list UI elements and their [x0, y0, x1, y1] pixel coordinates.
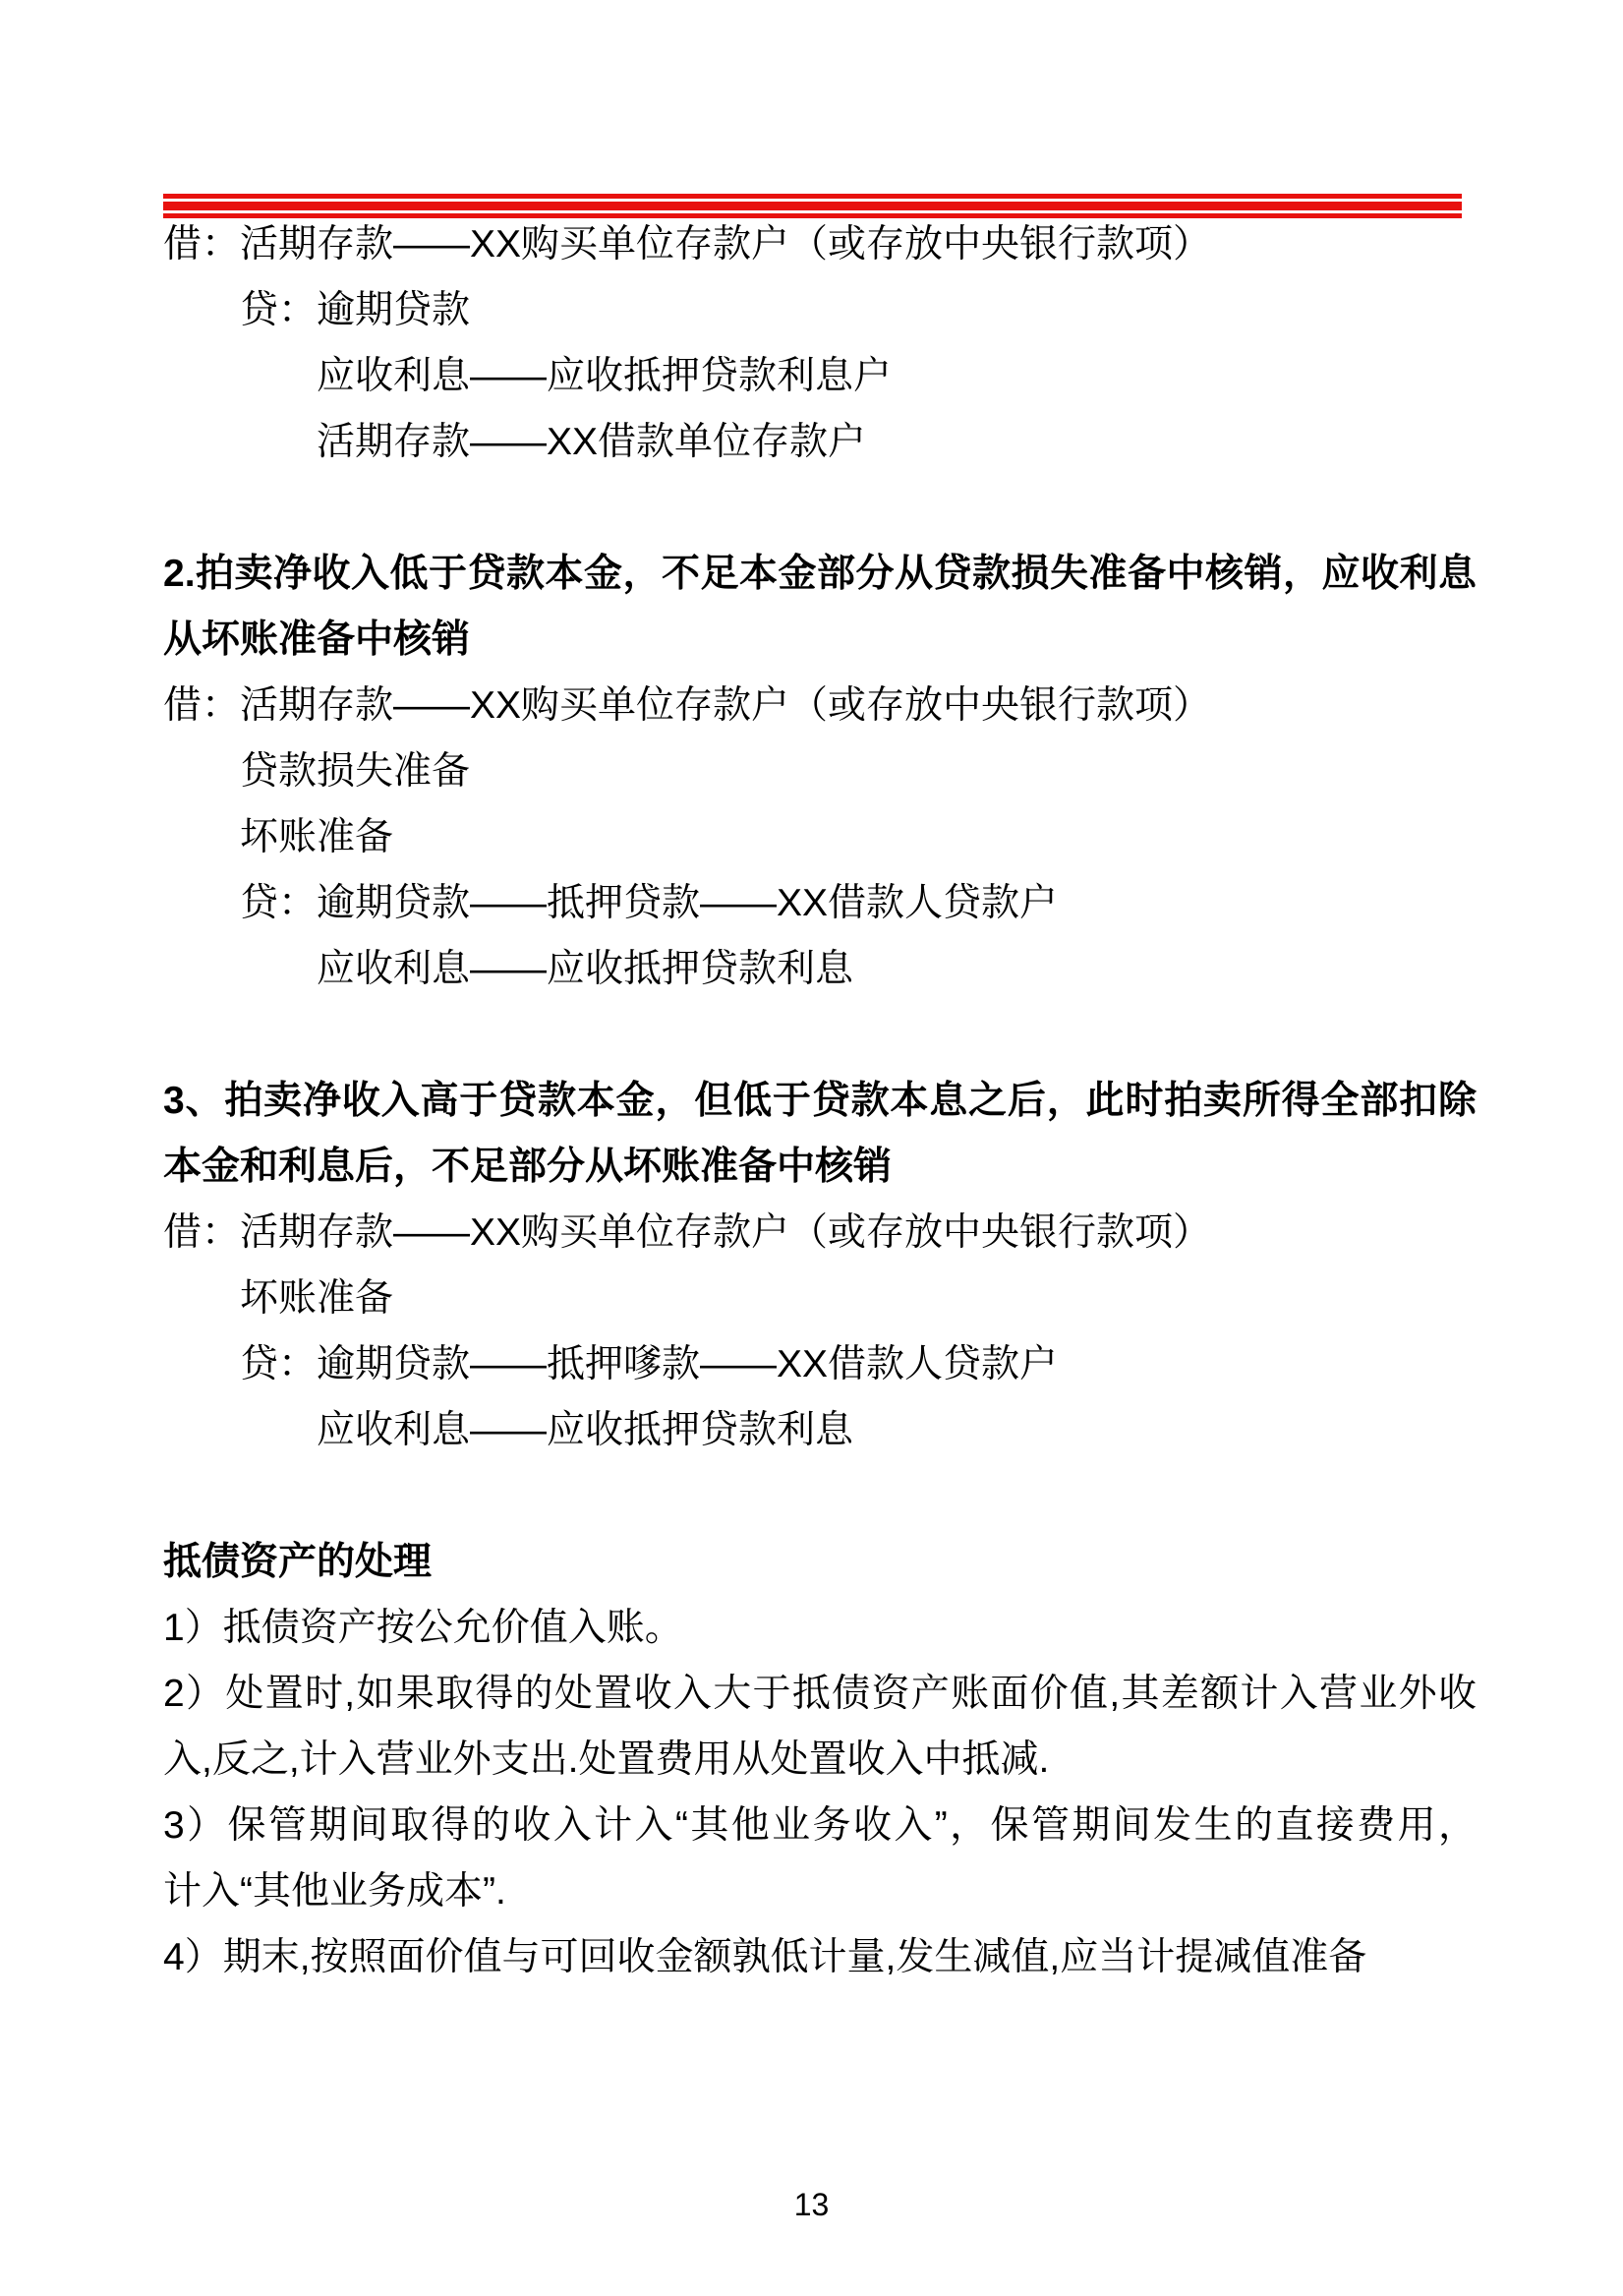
body-line: 应收利息——应收抵押贷款利息: [163, 1397, 1477, 1463]
blank-line: [163, 1002, 1477, 1068]
body-line: 计入“其他业务成本”.: [163, 1858, 1477, 1924]
header-double-rule-thick-line: [163, 202, 1462, 210]
body-line: 入,反之,计入营业外支出.处置费用从处置收入中抵减.: [163, 1727, 1477, 1793]
body-line: 借：活期存款——XX购买单位存款户（或存放中央银行款项）: [163, 1200, 1477, 1266]
body-line: 4）期末,按照面价值与可回收金额孰低计量,发生减值,应当计提减值准备: [163, 1924, 1477, 1990]
body-line: 坏账准备: [163, 1266, 1477, 1331]
page-number: 13: [794, 2187, 830, 2222]
body-line: 借：活期存款——XX购买单位存款户（或存放中央银行款项）: [163, 211, 1477, 277]
heading-line: 抵债资产的处理: [163, 1529, 1477, 1595]
body-line: 3）保管期间取得的收入计入“其他业务收入”，保管期间发生的直接费用，: [163, 1793, 1477, 1858]
document-body: 借：活期存款——XX购买单位存款户（或存放中央银行款项）贷：逾期贷款应收利息——…: [163, 211, 1477, 1990]
heading-line: 本金和利息后，不足部分从坏账准备中核销: [163, 1134, 1477, 1200]
body-line: 坏账准备: [163, 804, 1477, 870]
blank-line: [163, 475, 1477, 541]
body-line: 借：活期存款——XX购买单位存款户（或存放中央银行款项）: [163, 673, 1477, 738]
body-line: 活期存款——XX借款单位存款户: [163, 409, 1477, 475]
document-page: 借：活期存款——XX购买单位存款户（或存放中央银行款项）贷：逾期贷款应收利息——…: [0, 0, 1623, 2296]
body-line: 贷：逾期贷款——抵押贷款——XX借款人贷款户: [163, 870, 1477, 936]
body-line: 2）处置时,如果取得的处置收入大于抵债资产账面价值,其差额计入营业外收: [163, 1661, 1477, 1727]
body-line: 贷款损失准备: [163, 738, 1477, 804]
blank-line: [163, 1463, 1477, 1529]
page-footer: 13: [0, 2185, 1623, 2224]
heading-line: 2.拍卖净收入低于贷款本金，不足本金部分从贷款损失准备中核销，应收利息: [163, 541, 1477, 607]
body-line: 应收利息——应收抵押贷款利息: [163, 936, 1477, 1002]
body-line: 贷：逾期贷款——抵押嗲款——XX借款人贷款户: [163, 1331, 1477, 1397]
heading-line: 3、拍卖净收入高于贷款本金，但低于贷款本息之后，此时拍卖所得全部扣除: [163, 1068, 1477, 1134]
body-line: 应收利息——应收抵押贷款利息户: [163, 343, 1477, 409]
heading-line: 从坏账准备中核销: [163, 607, 1477, 673]
body-line: 1）抵债资产按公允价值入账。: [163, 1595, 1477, 1661]
body-line: 贷：逾期贷款: [163, 277, 1477, 343]
